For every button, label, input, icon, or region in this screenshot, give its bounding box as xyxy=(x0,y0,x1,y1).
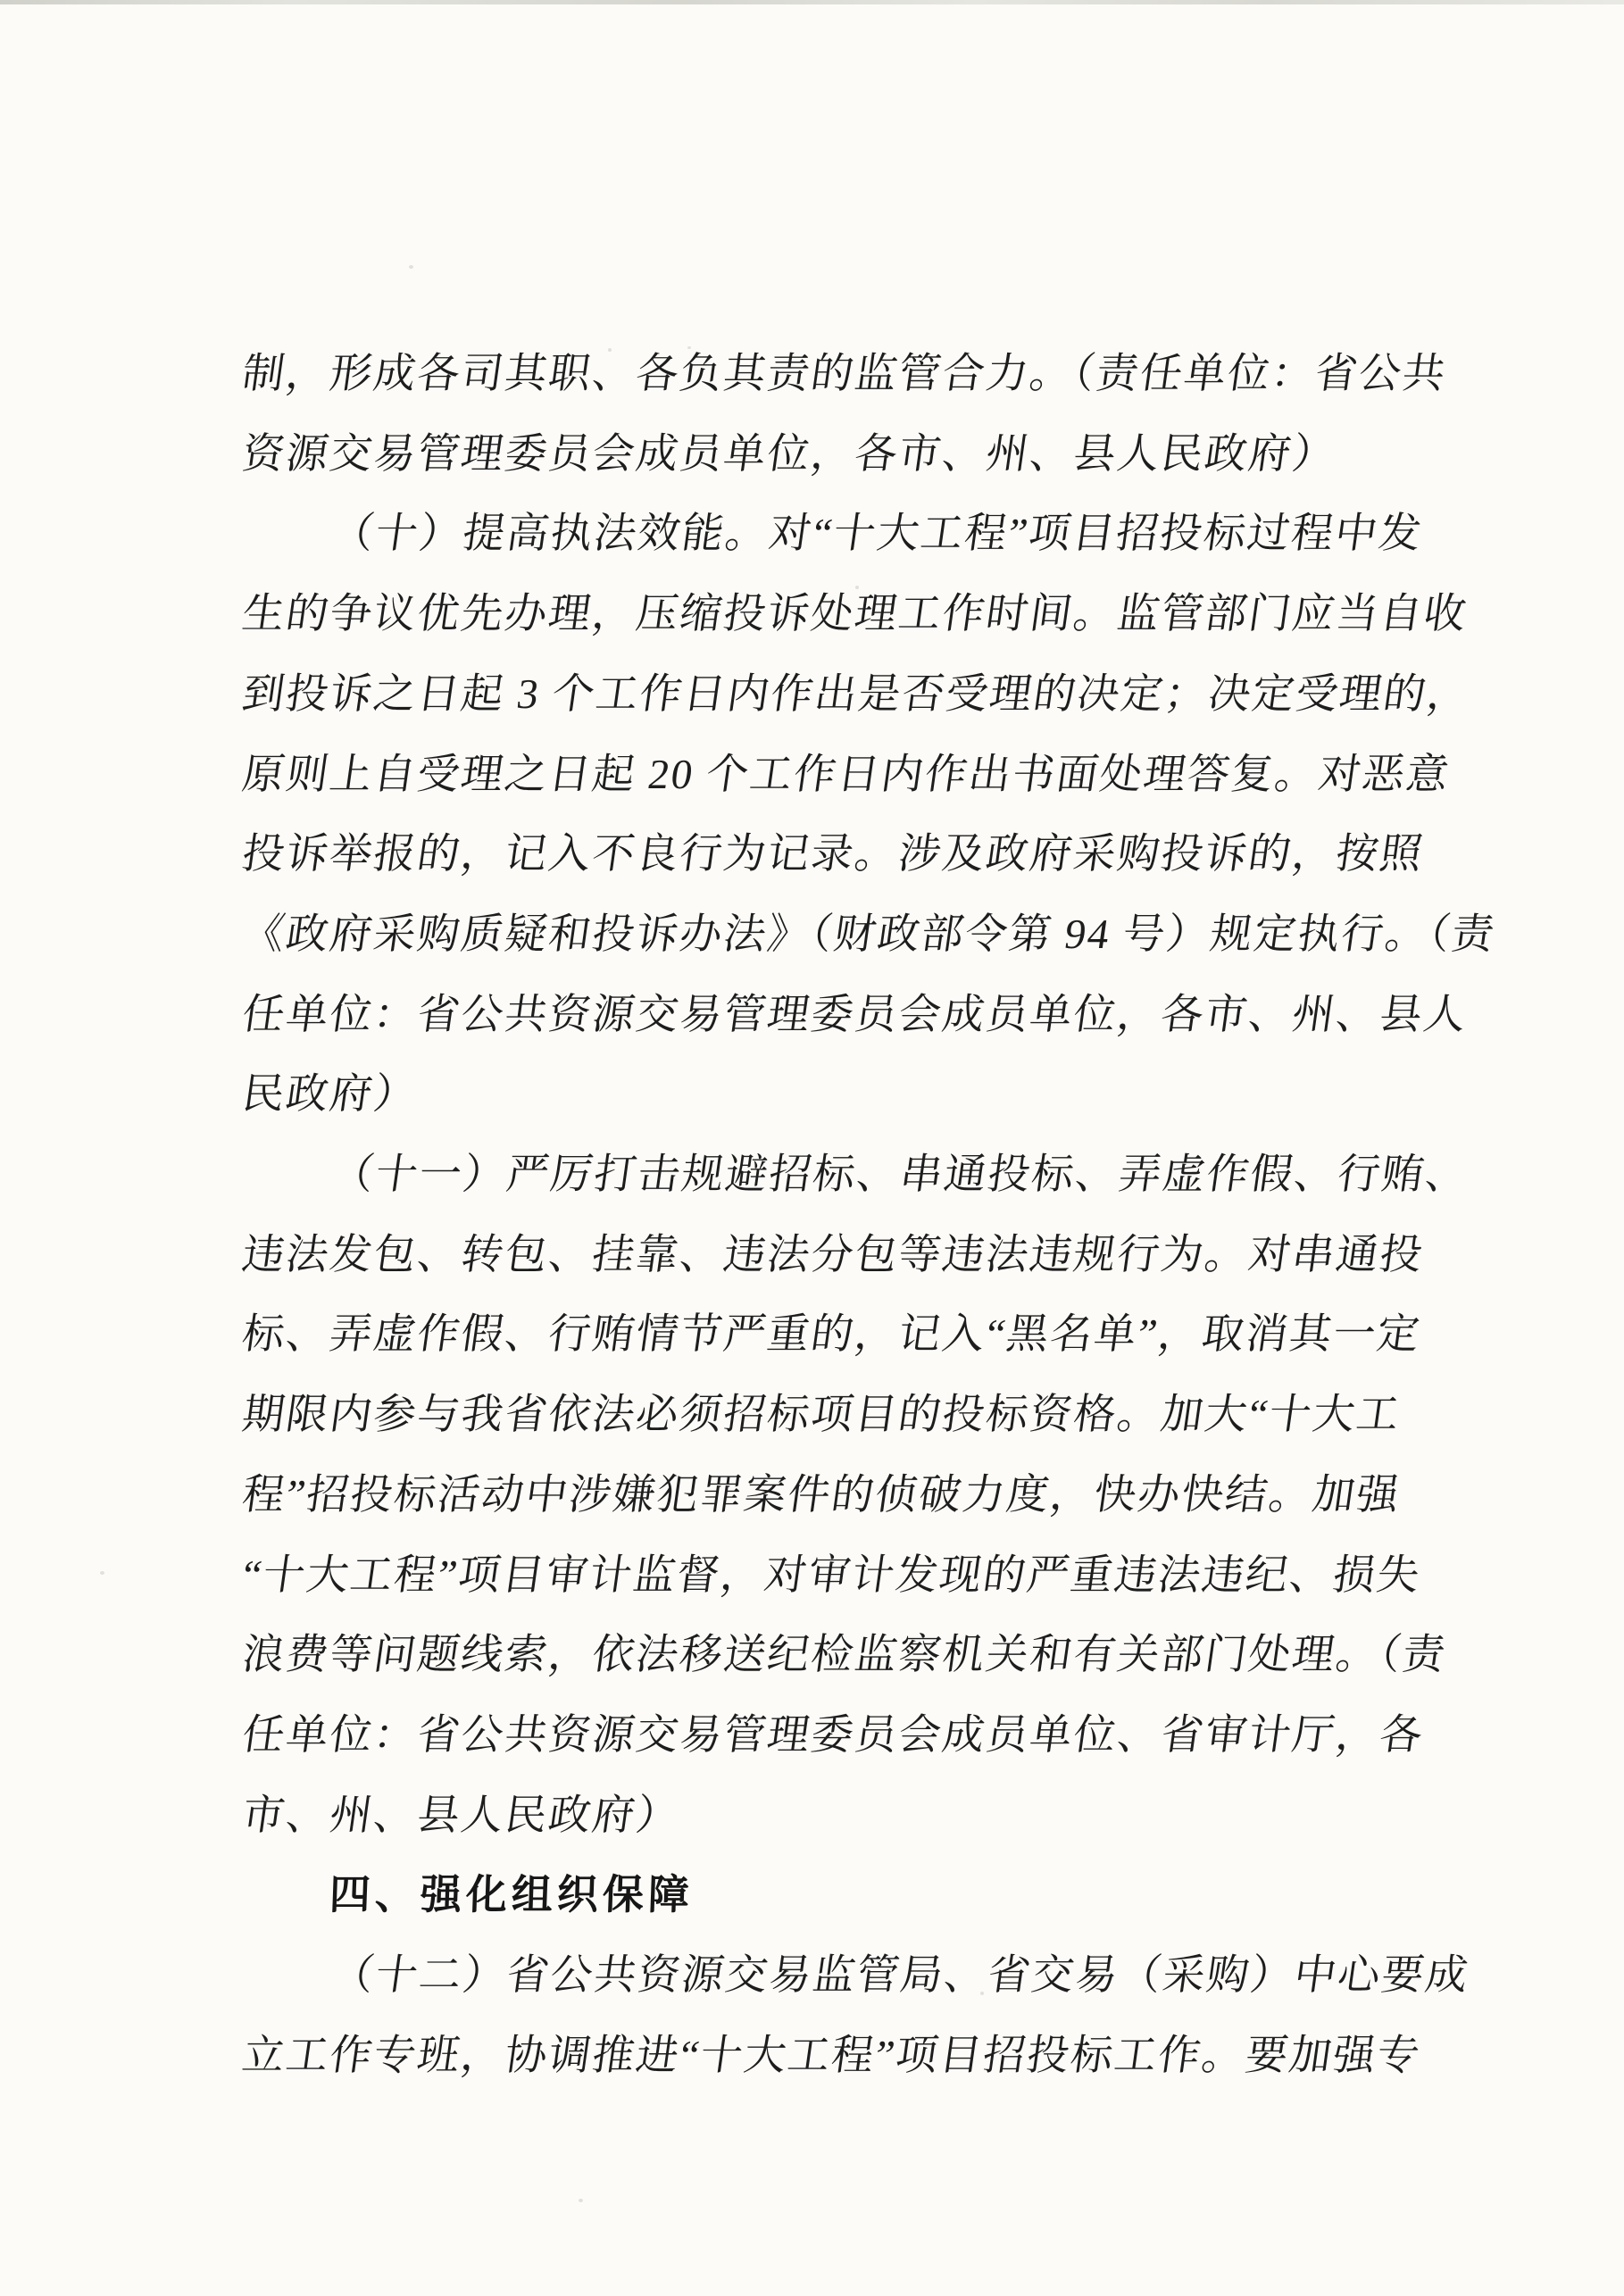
text-line: 生的争议优先办理，压缩投诉处理工作时间。监管部门应当自收 xyxy=(239,592,1470,637)
scan-speck xyxy=(855,586,859,589)
text-line: 浪费等问题线索，依法移送纪检监察机关和有关部门处理。（责 xyxy=(239,1633,1450,1678)
text-line: （十）提高执法效能。对“十大工程”项目招投标过程中发 xyxy=(239,512,1426,557)
document-text: 制，形成各司其职、各负其责的监管合力。（责任单位：省公共资源交易管理委员会成员单… xyxy=(0,0,1624,2296)
scan-speck xyxy=(1064,523,1068,527)
text-line: 《政府采购质疑和投诉办法》（财政部令第 94 号）规定执行。（责 xyxy=(239,912,1499,958)
text-line: 违法发包、转包、挂靠、违法分包等违法违规行为。对串通投 xyxy=(239,1233,1427,1278)
text-line: （十一）严厉打击规避招标、串通投标、弄虚作假、行贿、 xyxy=(239,1152,1472,1198)
scan-speck xyxy=(608,348,612,352)
scan-speck xyxy=(687,346,691,349)
text-line: 资源交易管理委员会成员单位，各市、州、县人民政府） xyxy=(239,432,1339,478)
section-heading: 四、强化组织保障 xyxy=(239,1873,695,1917)
text-line: 投诉举报的，记入不良行为记录。涉及政府采购投诉的，按照 xyxy=(239,832,1427,878)
text-line: 制，形成各司其职、各负其责的监管合力。（责任单位：省公共 xyxy=(239,352,1450,397)
scan-speck xyxy=(100,1571,104,1575)
text-line: （十二）省公共资源交易监管局、省交易（采购）中心要成 xyxy=(239,1953,1472,1999)
text-line: 程”招投标活动中涉嫌犯罪案件的侦破力度，快办快结。加强 xyxy=(239,1473,1403,1518)
text-line: “十大工程”项目审计监督，对审计发现的严重违法违纪、损失 xyxy=(239,1553,1424,1599)
text-line: 任单位：省公共资源交易管理委员会成员单位、省审计厅，各 xyxy=(239,1713,1427,1759)
text-line: 市、州、县人民政府） xyxy=(239,1793,683,1839)
scan-speck xyxy=(579,2199,583,2202)
text-line: 立工作专班，协调推进“十大工程”项目招投标工作。要加强专 xyxy=(239,2034,1424,2079)
text-line: 标、弄虚作假、行贿情节严重的，记入“黑名单”，取消其一定 xyxy=(239,1312,1424,1358)
scan-speck xyxy=(409,265,413,269)
document-page: 制，形成各司其职、各负其责的监管合力。（责任单位：省公共资源交易管理委员会成员单… xyxy=(0,0,1624,2296)
text-line: 原则上自受理之日起 20 个工作日内作出书面处理答复。对恶意 xyxy=(239,753,1453,798)
text-line: 民政府） xyxy=(239,1072,421,1118)
text-line: 到投诉之日起 3 个工作日内作出是否受理的决定；决定受理的， xyxy=(239,672,1474,718)
text-line: 期限内参与我省依法必须招标项目的投标资格。加大“十大工 xyxy=(239,1393,1403,1438)
text-line: 任单位：省公共资源交易管理委员会成员单位，各市、州、县人 xyxy=(239,993,1470,1038)
scan-speck xyxy=(980,1992,984,1995)
